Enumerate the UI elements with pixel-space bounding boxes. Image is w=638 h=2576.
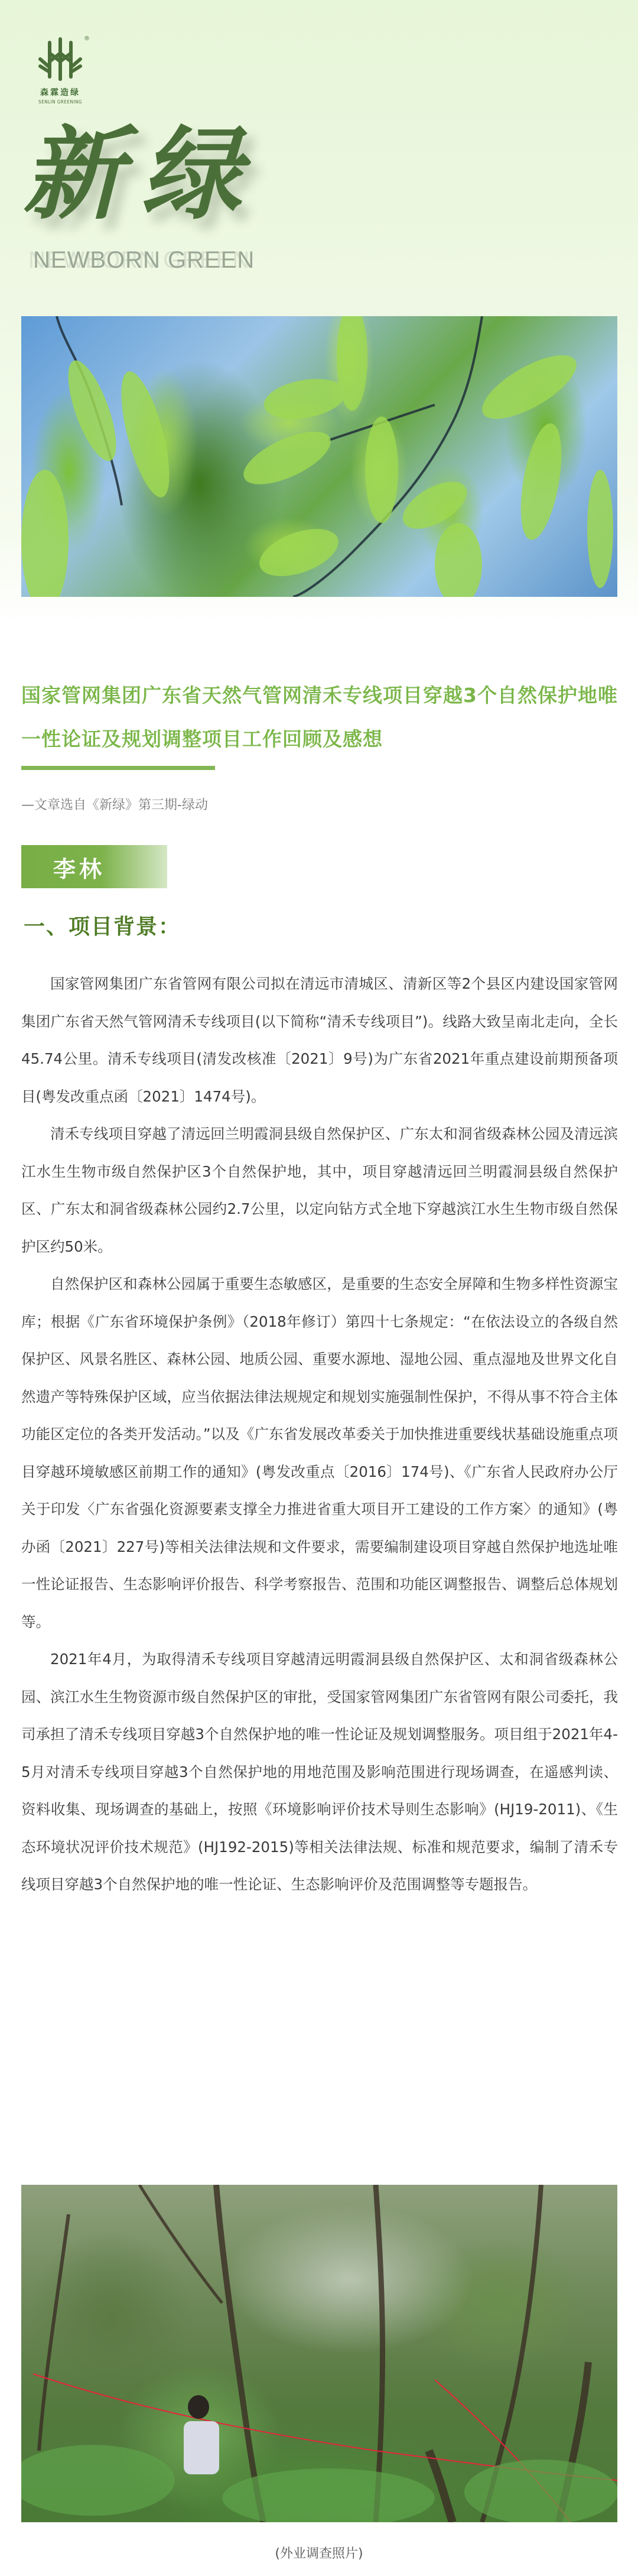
magazine-subtitle: NEWBORN GREEN <box>33 247 255 274</box>
section-heading: 一、项目背景： <box>24 910 181 940</box>
author-name: 李林 <box>53 851 105 883</box>
field-survey-photo <box>21 2185 617 2522</box>
magazine-header: ® 森霖造绿 SENLIN GREENING 新绿 NEWBORN GREEN <box>0 0 638 626</box>
paragraph: 国家管网集团广东省管网有限公司拟在清远市清城区、清新区等2个县区内建设国家管网集… <box>21 965 618 1115</box>
article-source: —文章选自《新绿》第三期-绿动 <box>21 795 208 813</box>
photo-caption: (外业调查照片) <box>0 2543 638 2562</box>
article-body: 国家管网集团广东省管网有限公司拟在清远市清城区、清新区等2个县区内建设国家管网集… <box>21 965 618 1903</box>
tree-logo-icon: ® <box>37 35 84 83</box>
magazine-title: 新绿 <box>22 124 259 225</box>
company-logo: ® 森霖造绿 SENLIN GREENING <box>31 35 90 105</box>
article-title: 国家管网集团广东省天然气管网清禾专线项目穿越3个自然保护地唯一性论证及规划调整项… <box>21 674 618 761</box>
registered-mark: ® <box>84 35 90 42</box>
article-page: ® 森霖造绿 SENLIN GREENING 新绿 NEWBORN GREEN <box>0 0 638 2576</box>
title-divider <box>21 766 215 770</box>
author-badge: 李林 <box>21 845 167 888</box>
hero-leaves-photo <box>21 316 617 597</box>
logo-name-cn: 森霖造绿 <box>31 86 90 98</box>
paragraph: 清禾专线项目穿越了清远回兰明霞洞县级自然保护区、广东太和洞省级森林公园及清远滨江… <box>21 1115 618 1265</box>
paragraph: 自然保护区和森林公园属于重要生态敏感区，是重要的生态安全屏障和生物多样性资源宝库… <box>21 1265 618 1641</box>
logo-name-en: SENLIN GREENING <box>31 99 90 105</box>
paragraph: 2021年4月，为取得清禾专线项目穿越清远明霞洞县级自然保护区、太和洞省级森林公… <box>21 1641 618 1903</box>
